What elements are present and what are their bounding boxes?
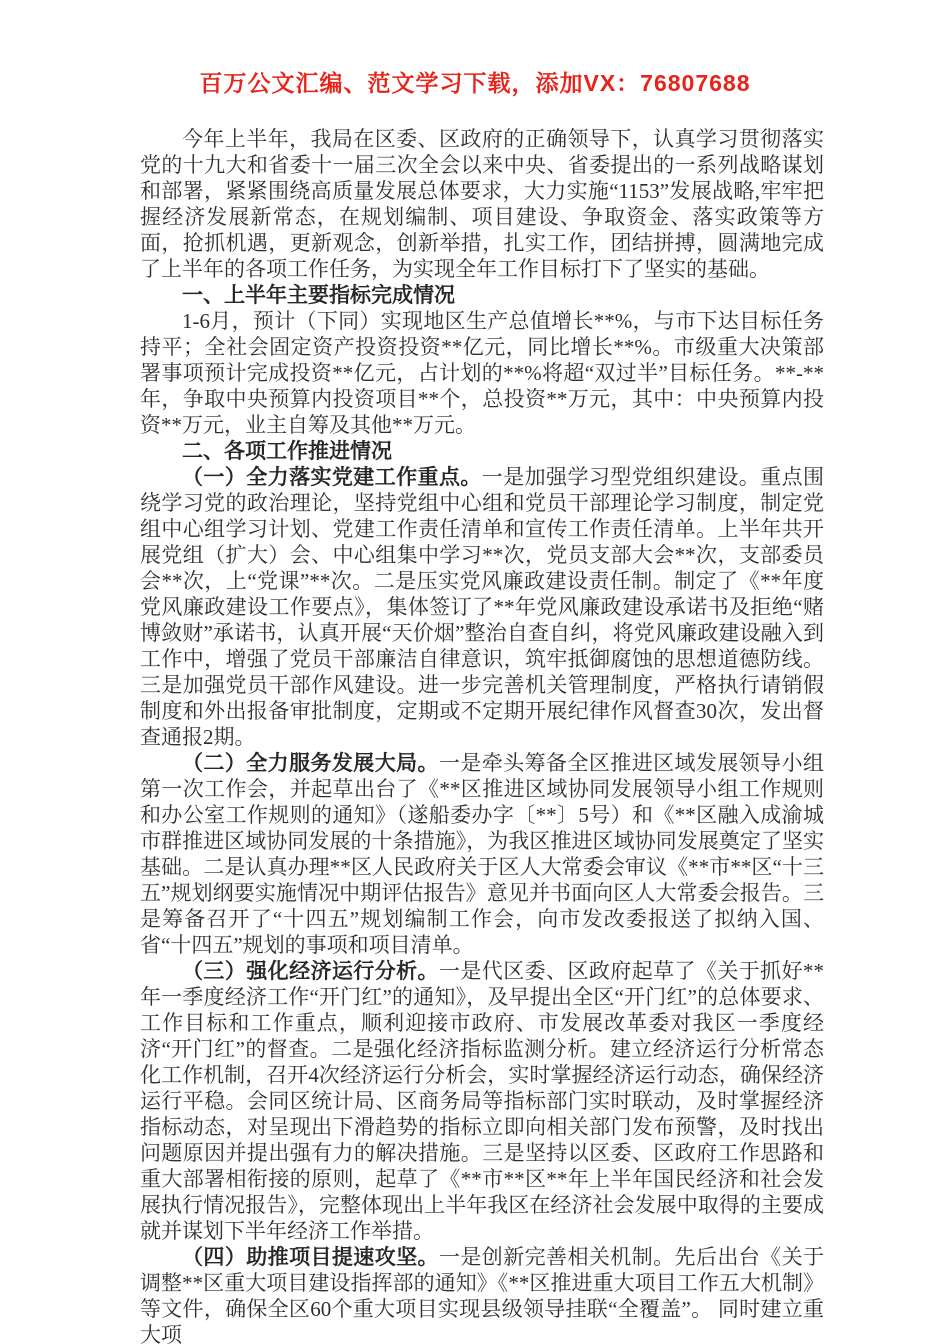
paragraph-text: 一是加强学习型党组织建设。重点围绕学习党的政治理论，坚持党组中心组和党员干部理论… [140, 465, 824, 749]
promo-header-text: 百万公文汇编、范文学习下载，添加VX：76807688 [0, 69, 950, 97]
document-body: 今年上半年，我局在区委、区政府的正确领导下，认真学习贯彻落实党的十九大和省委十一… [140, 126, 824, 1344]
paragraph-text: 一是代区委、区政府起草了《关于抓好**年一季度经济工作“开门红”的通知》，及早提… [140, 959, 824, 1243]
paragraph-lead: （四）助推项目提速攻坚。 [182, 1245, 439, 1269]
paragraph-text: 1-6月，预计（下同）实现地区生产总值增长**%，与市下达目标任务持平；全社会固… [140, 309, 824, 437]
paragraph: （二）全力服务发展大局。一是牵头筹备全区推进区域发展领导小组第一次工作会，并起草… [140, 750, 824, 958]
paragraph-lead: （一）全力落实党建工作重点。 [182, 465, 482, 489]
paragraph-lead: （二）全力服务发展大局。 [182, 751, 439, 775]
paragraph: 1-6月，预计（下同）实现地区生产总值增长**%，与市下达目标任务持平；全社会固… [140, 308, 824, 438]
paragraph: （一）全力落实党建工作重点。一是加强学习型党组织建设。重点围绕学习党的政治理论，… [140, 464, 824, 750]
paragraph: （三）强化经济运行分析。一是代区委、区政府起草了《关于抓好**年一季度经济工作“… [140, 958, 824, 1244]
paragraph-text: 一是牵头筹备全区推进区域发展领导小组第一次工作会，并起草出台了《**区推进区域协… [140, 751, 824, 957]
section-heading: 一、上半年主要指标完成情况 [140, 282, 824, 308]
paragraph: （四）助推项目提速攻坚。一是创新完善相关机制。先后出台《关于调整**区重大项目建… [140, 1244, 824, 1344]
document-page: 百万公文汇编、范文学习下载，添加VX：76807688 今年上半年，我局在区委、… [0, 0, 950, 1344]
paragraph-lead: （三）强化经济运行分析。 [182, 959, 439, 983]
paragraph: 今年上半年，我局在区委、区政府的正确领导下，认真学习贯彻落实党的十九大和省委十一… [140, 126, 824, 282]
paragraph-text: 今年上半年，我局在区委、区政府的正确领导下，认真学习贯彻落实党的十九大和省委十一… [140, 127, 824, 281]
section-heading: 二、各项工作推进情况 [140, 438, 824, 464]
